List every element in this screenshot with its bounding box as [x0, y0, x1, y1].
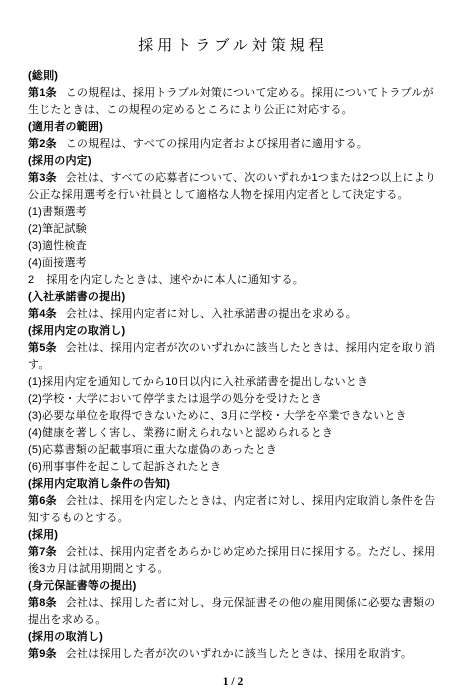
paragraph-text: (採用内定の取消し): [28, 325, 125, 337]
section-heading: (総則): [28, 68, 438, 85]
section-heading: (採用内定取消し条件の告知): [28, 476, 438, 493]
list-item: (4)健康を著しく害し、業務に耐えられないと認められるとき: [28, 425, 438, 442]
paragraph-text: 会社は、採用を内定したときは、内定者に対し、採用内定取消し条件を告知するものとす…: [28, 495, 435, 524]
article-paragraph: 第3条会社は、すべての応募者について、次のいずれか1つまたは2つ以上により公正な…: [28, 170, 438, 204]
article-paragraph: 第2条この規程は、すべての採用内定者および採用者に適用する。: [28, 136, 438, 153]
section-heading: (採用の内定): [28, 153, 438, 170]
paragraph-text: (身元保証書等の提出): [28, 580, 137, 592]
article-number: 第5条: [28, 342, 57, 354]
paragraph-text: (採用): [28, 529, 58, 541]
article-number: 第4条: [28, 308, 57, 320]
paragraph-text: (4)健康を著しく害し、業務に耐えられないと認められるとき: [28, 427, 333, 439]
article-number: 第6条: [28, 495, 57, 507]
list-item: (2)学校・大学において停学または退学の処分を受けたとき: [28, 391, 438, 408]
article-number: 第2条: [28, 138, 57, 150]
paragraph-text: 会社は採用した者が次のいずれかに該当したときは、採用を取消す。: [66, 648, 412, 660]
paragraph-text: この規程は、採用トラブル対策について定める。採用についてトラブルが生じたときは、…: [28, 87, 434, 116]
section-heading: (入社承諾書の提出): [28, 289, 438, 306]
paragraph-text: 会社は、すべての応募者について、次のいずれか1つまたは2つ以上により公正な採用選…: [28, 172, 436, 201]
article-paragraph: 第9条会社は採用した者が次のいずれかに該当したときは、採用を取消す。: [28, 646, 438, 663]
paragraph-text: (1)採用内定を通知してから10日以内に入社承諾書を提出しないとき: [28, 376, 368, 388]
article-paragraph: 第1条この規程は、採用トラブル対策について定める。採用についてトラブルが生じたと…: [28, 85, 438, 119]
list-item: (6)刑事事件を起こして起訴されたとき: [28, 459, 438, 476]
paragraph-text: (適用者の範囲): [28, 121, 103, 133]
paragraph-text: (2)学校・大学において停学または退学の処分を受けたとき: [28, 393, 322, 405]
article-paragraph: 第4条会社は、採用内定者に対し、入社承諾書の提出を求める。: [28, 306, 438, 323]
document-page: 採用トラブル対策規程 (総則)第1条この規程は、採用トラブル対策について定める。…: [0, 0, 465, 694]
page-number: 1 / 2: [28, 676, 438, 688]
paragraph-text: この規程は、すべての採用内定者および採用者に適用する。: [66, 138, 368, 150]
document-title: 採用トラブル対策規程: [28, 34, 438, 55]
paragraph-text: (3)適性検査: [28, 240, 87, 252]
section-heading: (適用者の範囲): [28, 119, 438, 136]
paragraph-text: (1)書類選考: [28, 206, 87, 218]
paragraph-text: 会社は、採用した者に対し、身元保証書その他の雇用関係に必要な書類の提出を求める。: [28, 597, 435, 626]
paragraph-text: 会社は、採用内定者に対し、入社承諾書の提出を求める。: [66, 308, 357, 320]
paragraph-text: (総則): [28, 70, 58, 82]
section-heading: (身元保証書等の提出): [28, 578, 438, 595]
paragraph-text: (採用の内定): [28, 155, 92, 167]
section-heading: (採用の取消し): [28, 629, 438, 646]
article-paragraph: 第8条会社は、採用した者に対し、身元保証書その他の雇用関係に必要な書類の提出を求…: [28, 595, 438, 629]
paragraph-text: 会社は、採用内定者をあらかじめ定めた採用日に採用する。ただし、採用後3カ月は試用…: [28, 546, 435, 575]
article-number: 第9条: [28, 648, 57, 660]
list-item: (3)適性検査: [28, 238, 438, 255]
article-number: 第7条: [28, 546, 57, 558]
paragraph-text: (6)刑事事件を起こして起訴されたとき: [28, 461, 221, 473]
paragraph-text: (入社承諾書の提出): [28, 291, 125, 303]
list-item: (5)応募書類の記載事項に重大な虚偽のあったとき: [28, 442, 438, 459]
paragraph-text: (2)筆記試験: [28, 223, 87, 235]
list-item: (1)採用内定を通知してから10日以内に入社承諾書を提出しないとき: [28, 374, 438, 391]
paragraph-text: (採用の取消し): [28, 631, 103, 643]
list-item: (2)筆記試験: [28, 221, 438, 238]
article-paragraph: 第7条会社は、採用内定者をあらかじめ定めた採用日に採用する。ただし、採用後3カ月…: [28, 544, 438, 578]
article-number: 第8条: [28, 597, 57, 609]
list-item: (4)面接選考: [28, 255, 438, 272]
article-paragraph: 第5条会社は、採用内定者が次のいずれかに該当したときは、採用内定を取り消す。: [28, 340, 438, 374]
article-number: 第3条: [28, 172, 57, 184]
clause-paragraph: 2採用を内定したときは、速やかに本人に通知する。: [28, 272, 438, 289]
article-paragraph: 第6条会社は、採用を内定したときは、内定者に対し、採用内定取消し条件を告知するも…: [28, 493, 438, 527]
list-item: (3)必要な単位を取得できないために、3月に学校・大学を卒業できないとき: [28, 408, 438, 425]
document-body: (総則)第1条この規程は、採用トラブル対策について定める。採用についてトラブルが…: [28, 68, 438, 663]
paragraph-text: 採用を内定したときは、速やかに本人に通知する。: [46, 274, 304, 286]
paragraph-text: (3)必要な単位を取得できないために、3月に学校・大学を卒業できないとき: [28, 410, 407, 422]
list-item: (1)書類選考: [28, 204, 438, 221]
paragraph-text: 会社は、採用内定者が次のいずれかに該当したときは、採用内定を取り消す。: [28, 342, 435, 371]
section-heading: (採用): [28, 527, 438, 544]
paragraph-text: (4)面接選考: [28, 257, 87, 269]
section-heading: (採用内定の取消し): [28, 323, 438, 340]
paragraph-text: (5)応募書類の記載事項に重大な虚偽のあったとき: [28, 444, 277, 456]
article-number: 第1条: [28, 87, 57, 99]
paragraph-text: (採用内定取消し条件の告知): [28, 478, 170, 490]
article-number: 2: [28, 274, 34, 286]
